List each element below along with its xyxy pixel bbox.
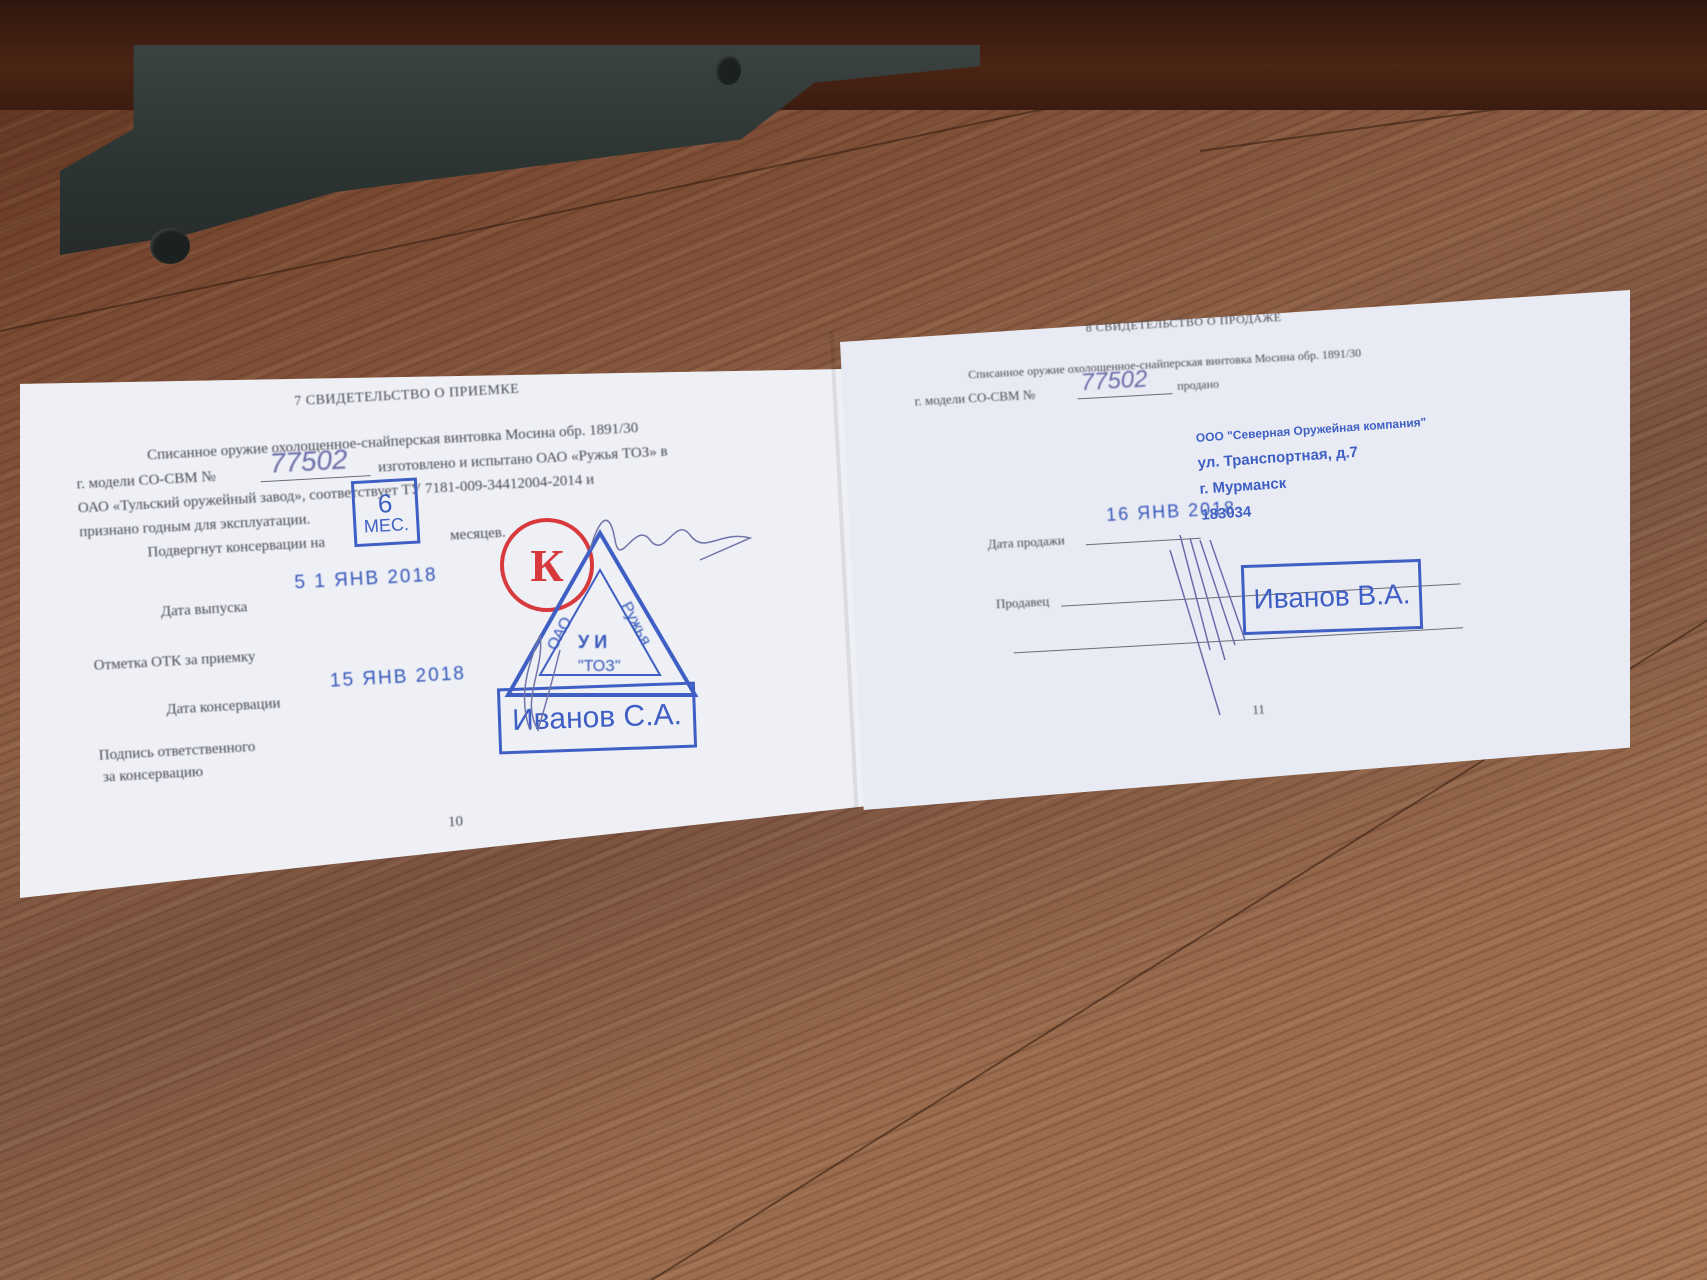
serial-number-handwritten: 77502 xyxy=(1080,366,1148,398)
months-unit: МЕС. xyxy=(363,515,409,535)
signature-scribble xyxy=(580,510,760,570)
page-number-left: 10 xyxy=(448,813,464,831)
months-number: 6 xyxy=(377,490,393,517)
name-stamp-right: Иванов В.А. xyxy=(1241,559,1423,635)
triangle-stamp-bottom: "ТОЗ" xyxy=(578,658,621,676)
weapon-passport-booklet: 7 СВИДЕТЕЛЬСТВО О ПРИЕМКЕ Списанное оруж… xyxy=(20,290,1620,910)
rifle-screw xyxy=(715,55,741,85)
signature-scribble xyxy=(510,630,570,740)
months-stamp: 6 МЕС. xyxy=(351,478,421,548)
name-stamp-right-text: Иванов В.А. xyxy=(1253,578,1411,615)
serial-number-handwritten: 77502 xyxy=(269,443,349,479)
paragraph-line: продано xyxy=(1177,377,1220,394)
seller-signature-scribble xyxy=(1150,530,1260,720)
rifle-screw xyxy=(150,228,190,264)
paragraph-line: месяцев. xyxy=(450,525,506,545)
field-label-seller: Продавец xyxy=(996,593,1050,612)
triangle-stamp-center: У И xyxy=(578,632,607,653)
